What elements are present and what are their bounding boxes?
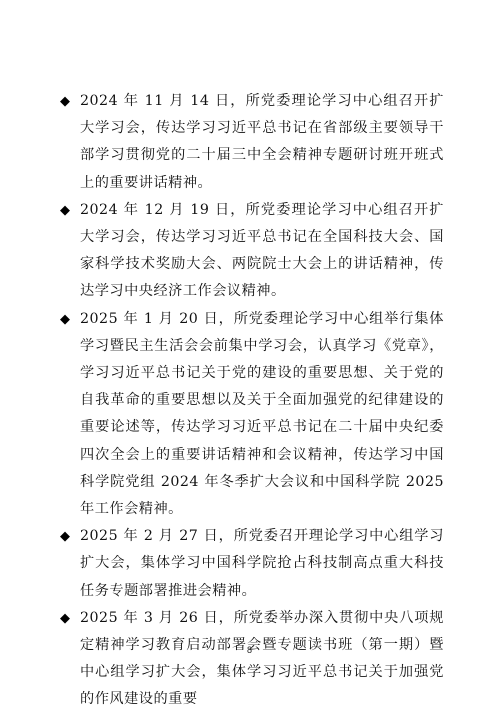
diamond-bullet-icon: ◆ (60, 88, 70, 115)
list-item: ◆ 2024 年 11 月 14 日，所党委理论学习中心组召开扩大学习会，传达学… (60, 88, 444, 197)
list-item-text: 2025 年 3 月 26 日，所党委举办深入贯彻中央八项规定精神学习教育启动部… (80, 605, 444, 710)
list-item-text: 2024 年 11 月 14 日，所党委理论学习中心组召开扩大学习会，传达学习习… (80, 88, 444, 197)
list-item-text: 2024 年 12 月 19 日，所党委理论学习中心组召开扩大学习会，传达学习习… (80, 197, 444, 306)
list-item: ◆ 2025 年 1 月 20 日，所党委理论学习中心组举行集体学习暨民主生活会… (60, 306, 444, 524)
diamond-bullet-icon: ◆ (60, 306, 70, 333)
document-page: ◆ 2024 年 11 月 14 日，所党委理论学习中心组召开扩大学习会，传达学… (0, 0, 499, 710)
diamond-bullet-icon: ◆ (60, 197, 70, 224)
list-item: ◆ 2025 年 2 月 27 日，所党委召开理论学习中心组学习扩大会，集体学习… (60, 523, 444, 605)
page-number: 8 (0, 645, 499, 655)
list-item: ◆ 2025 年 3 月 26 日，所党委举办深入贯彻中央八项规定精神学习教育启… (60, 605, 444, 710)
diamond-bullet-icon: ◆ (60, 605, 70, 632)
list-item-text: 2025 年 2 月 27 日，所党委召开理论学习中心组学习扩大会，集体学习中国… (80, 523, 444, 605)
diamond-bullet-icon: ◆ (60, 523, 70, 550)
list-item-text: 2025 年 1 月 20 日，所党委理论学习中心组举行集体学习暨民主生活会会前… (80, 306, 444, 524)
list-item: ◆ 2024 年 12 月 19 日，所党委理论学习中心组召开扩大学习会，传达学… (60, 197, 444, 306)
bullet-list: ◆ 2024 年 11 月 14 日，所党委理论学习中心组召开扩大学习会，传达学… (60, 88, 444, 710)
